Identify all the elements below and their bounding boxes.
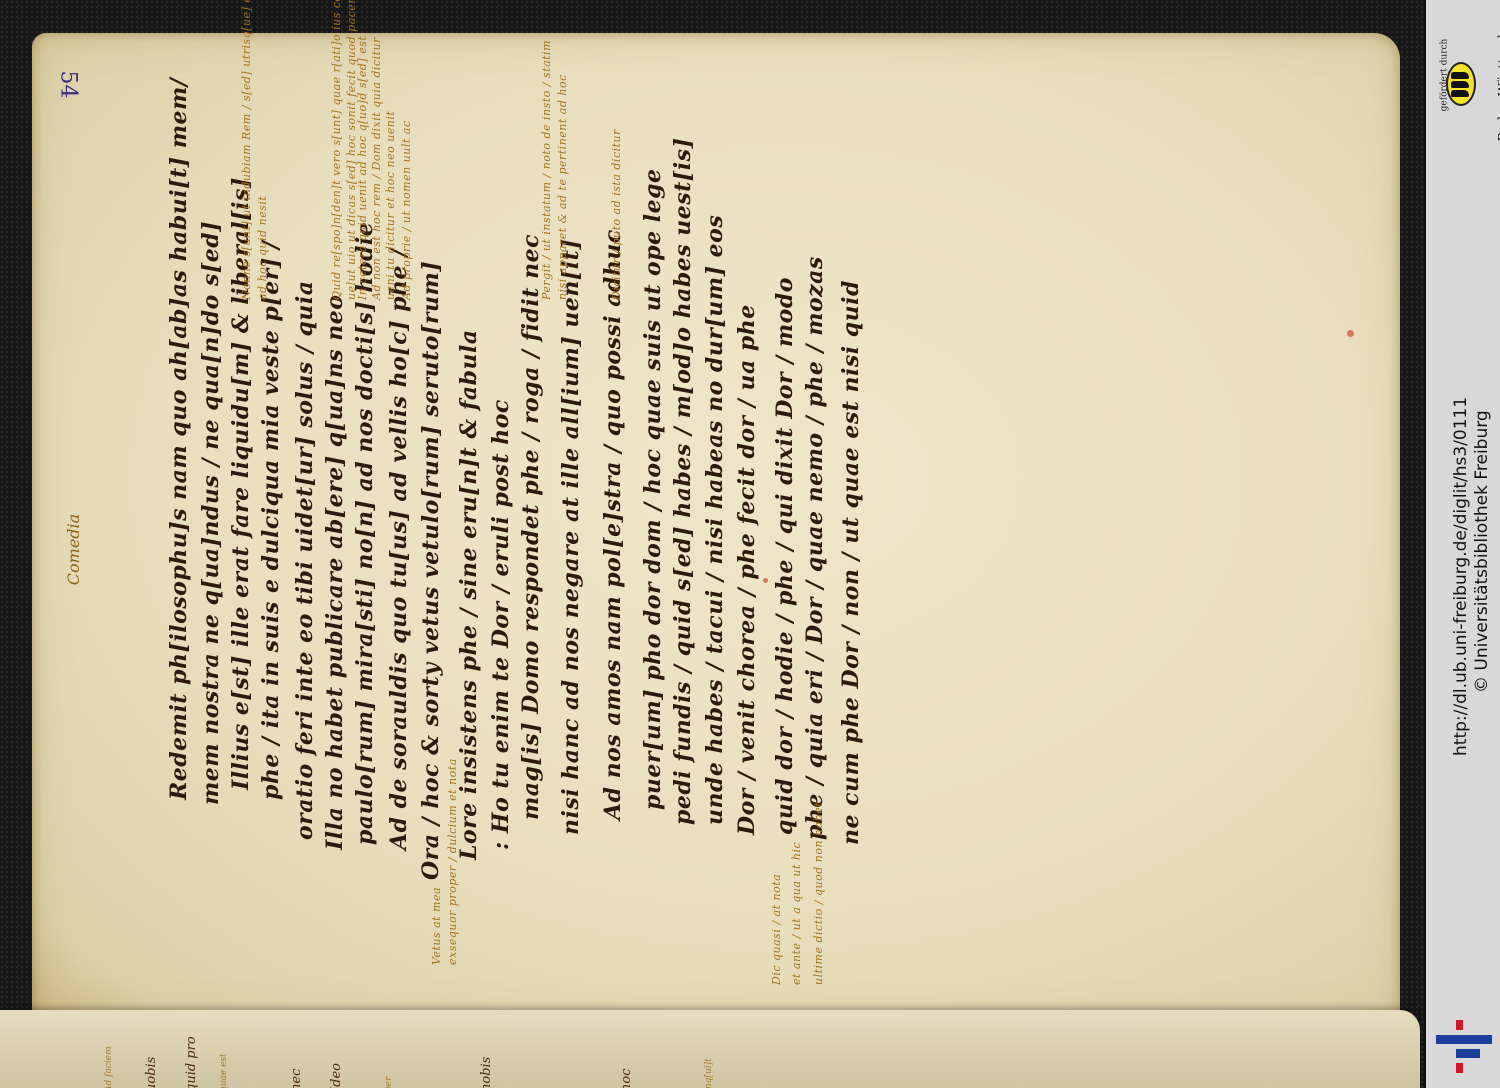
baden-wuerttemberg-coat-of-arms-icon <box>1446 62 1476 106</box>
marginal-gloss: In cetera quid uenit ad hoc q[uo]d s[ed]… <box>356 36 369 300</box>
marginal-gloss: Ad non est hoc rem / Dom dixit quia dici… <box>370 37 383 300</box>
manuscript-line: Illa no habet publicare ab[ere] q[ua]ns … <box>322 295 348 850</box>
manuscript-line: ne cum phe Dor / non / ut quae est nisi … <box>838 280 864 845</box>
marginal-gloss: Ad proprie / ut nomen uult ac <box>400 121 413 300</box>
manuscript-line: nisi hanc ad nos negare at ille all[ium]… <box>558 239 584 835</box>
marginal-gloss: Nonne s[unt] ut indubiam Rem / s[ed] utr… <box>240 0 253 300</box>
underlying-page-text: per <box>384 1077 394 1088</box>
underlying-page-text: inq[ui]t <box>704 1058 714 1088</box>
sponsor-name: Baden-Württemberg <box>1497 2 1500 142</box>
manuscript-line: phe / ita in suis e dulciqua mia veste p… <box>258 241 284 800</box>
manuscript-line: Ad nos amos nam pol[e]stra / quo possi a… <box>600 229 626 820</box>
underlying-page-text: Ad faciem <box>104 1046 114 1088</box>
marginal-gloss: nisi apparet & ad te pertinent ad hoc <box>556 74 569 300</box>
manuscript-line: paulo[rum] mira[sti] no[n] ad nos docti[… <box>352 222 378 845</box>
manuscript-line: Ora / hoc & sorty vetus vetulo[rum] seru… <box>418 261 444 880</box>
underlying-page-text: nec <box>289 1069 304 1088</box>
copyright-text: © Universitätsbibliothek Freiburg <box>1472 410 1492 693</box>
manuscript-line: phe / quia eri / Dor / quae nemo / phe /… <box>802 256 828 840</box>
manuscript-line: Lore insistens phe / sine eru[n]t & fabu… <box>456 329 482 860</box>
manuscript-line: Dor / venit chorea / phe fecit dor / ua … <box>734 304 760 835</box>
red-ink-spot <box>1347 330 1354 337</box>
ub-freiburg-logo-icon <box>1436 1018 1492 1078</box>
manuscript-line: mem nostra ne q[ua]ndus / ne qua[n]do s[… <box>198 221 224 805</box>
manuscript-line: puer[um] pho dor dom / hoc quae suis ut … <box>640 169 666 810</box>
underlying-page-text: quid pro <box>184 1036 199 1088</box>
running-head: Comedia <box>64 514 83 585</box>
underlying-page-text: nobis <box>479 1057 494 1088</box>
manuscript-line: : Ho tu enim te Dor / eruli post hoc <box>488 399 514 850</box>
manuscript-line: pedi fundis / quid s[ed] habes / m[od]o … <box>670 138 696 825</box>
underlying-page-text: quae est <box>219 1053 229 1088</box>
marginal-gloss: Quid re[spo]n[den]t vero s[unt] quae r[a… <box>330 0 343 300</box>
marginal-gloss: Dic quasi / at nota <box>770 874 783 985</box>
manuscript-line: Redemit ph[ilosophu]s nam quo ah[ab]as h… <box>166 78 192 800</box>
underlying-page: Ad faciemuobisquid proquae estnecIdeoper… <box>0 1010 1420 1088</box>
marginal-gloss: exsequor proper / dulcium et nota <box>446 758 459 965</box>
page-number: 54 <box>56 71 81 99</box>
marginal-gloss: ultime dictio / quod non habet <box>812 802 825 985</box>
manuscript-line: Ad de sorauldis quo tu[us] ad vellis ho[… <box>386 248 412 850</box>
underlying-page-text: uobis <box>144 1057 159 1088</box>
manuscript-line: mag[is] Domo respondet phe / roga / fidi… <box>518 234 544 820</box>
source-url-link[interactable]: http://dl.ub.uni-freiburg.de/diglit/hs3/… <box>1451 397 1471 756</box>
manuscript-line: quid dor / hodie / phe / qui dixit Dor /… <box>772 277 798 835</box>
marginal-gloss: Dicitur / puto ad ista dicitur <box>610 129 623 300</box>
underlying-page-text: Ideo <box>329 1063 344 1088</box>
manuscript-line: unde habes / tacui / nisi habeas no dur[… <box>702 215 728 825</box>
marginal-gloss: Vetus at mea <box>430 887 443 965</box>
marginal-gloss: ueni tu dicitur et hoc neo uenit <box>384 111 397 300</box>
marginal-gloss: Pergit / ut instatum / noto de insto / s… <box>540 40 553 300</box>
underlying-page-text: hoc <box>619 1069 634 1088</box>
manuscript-line: oratio feri inte eo tibi uidet[ur] solus… <box>292 281 318 840</box>
red-ink-spot <box>763 578 768 583</box>
marginal-gloss: et ante / ut a qua ut hic <box>790 842 803 985</box>
marginal-gloss: ad hoc quid nesit <box>256 196 269 300</box>
